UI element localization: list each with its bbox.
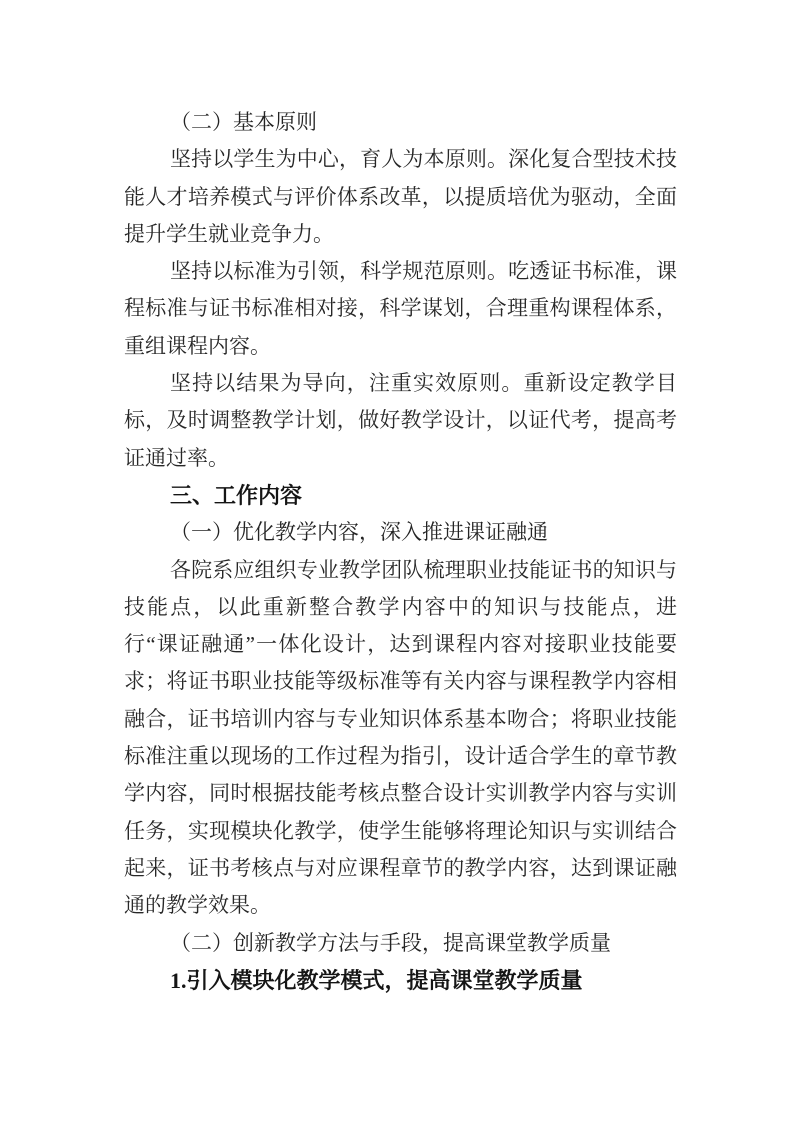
- paragraph-course-certificate-integration: 各院系应组织专业教学团队梳理职业技能证书的知识与技能点，以此重新整合教学内容中的…: [124, 552, 677, 925]
- document-page: （二）基本原则 坚持以学生为中心，育人为本原则。深化复合型技术技能人才培养模式与…: [0, 0, 800, 1131]
- subsection-heading-optimize-teaching-content: （一）优化教学内容，深入推进课证融通: [124, 514, 677, 551]
- paragraph-student-centered-principle: 坚持以学生为中心，育人为本原则。深化复合型技术技能人才培养模式与评价体系改革，以…: [124, 141, 677, 253]
- paragraph-standard-led-principle: 坚持以标准为引领，科学规范原则。吃透证书标准，课程标准与证书标准相对接，科学谋划…: [124, 253, 677, 365]
- subsection-heading-innovate-teaching-methods: （二）创新教学方法与手段，提高课堂教学质量: [124, 925, 677, 962]
- paragraph-result-oriented-principle: 坚持以结果为导向，注重实效原则。重新设定教学目标，及时调整教学计划，做好教学设计…: [124, 365, 677, 477]
- section-heading-work-content: 三、工作内容: [124, 477, 677, 514]
- subsection-heading-basic-principles: （二）基本原则: [124, 104, 677, 141]
- numbered-heading-modular-teaching-mode: 1.引入模块化教学模式，提高课堂教学质量: [124, 962, 677, 999]
